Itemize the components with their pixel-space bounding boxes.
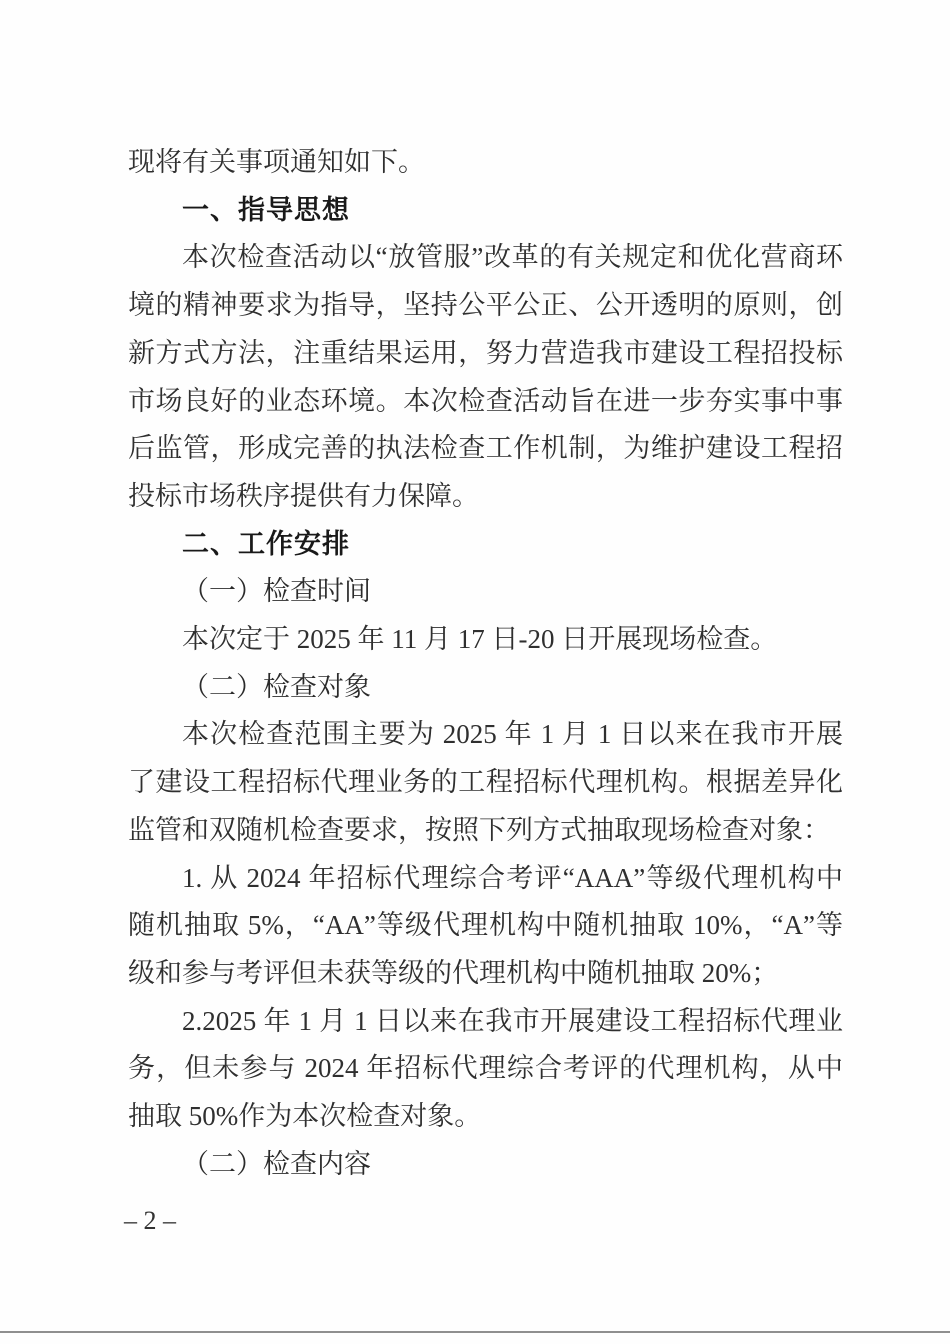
subheading-inspection-content: （二）检查内容 xyxy=(128,1141,843,1189)
subheading-inspection-targets: （二）检查对象 xyxy=(128,664,843,712)
document-body: 现将有关事项通知如下。 一、指导思想 本次检查活动以“放管服”改革的有关规定和优… xyxy=(128,139,843,1188)
para-inspection-time: 本次定于 2025 年 11 月 17 日-20 日开展现场检查。 xyxy=(128,616,843,664)
para-sampling-rule-2: 2.2025 年 1 月 1 日以来在我市开展建设工程招标代理业务，但未参与 2… xyxy=(128,998,843,1141)
page-number: – 2 – xyxy=(124,1204,176,1238)
heading-work-arrangement: 二、工作安排 xyxy=(128,521,843,569)
para-sampling-rule-1: 1. 从 2024 年招标代理综合考评“AAA”等级代理机构中随机抽取 5%，“… xyxy=(128,855,843,998)
subheading-inspection-time: （一）检查时间 xyxy=(128,568,843,616)
intro-line: 现将有关事项通知如下。 xyxy=(128,139,843,187)
scan-artifact-line xyxy=(0,1331,950,1333)
para-guiding-ideology: 本次检查活动以“放管服”改革的有关规定和优化营商环境的精神要求为指导，坚持公平公… xyxy=(128,234,843,520)
document-page: 现将有关事项通知如下。 一、指导思想 本次检查活动以“放管服”改革的有关规定和优… xyxy=(0,0,950,1344)
para-inspection-scope: 本次检查范围主要为 2025 年 1 月 1 日以来在我市开展了建设工程招标代理… xyxy=(128,711,843,854)
heading-guiding-ideology: 一、指导思想 xyxy=(128,187,843,235)
